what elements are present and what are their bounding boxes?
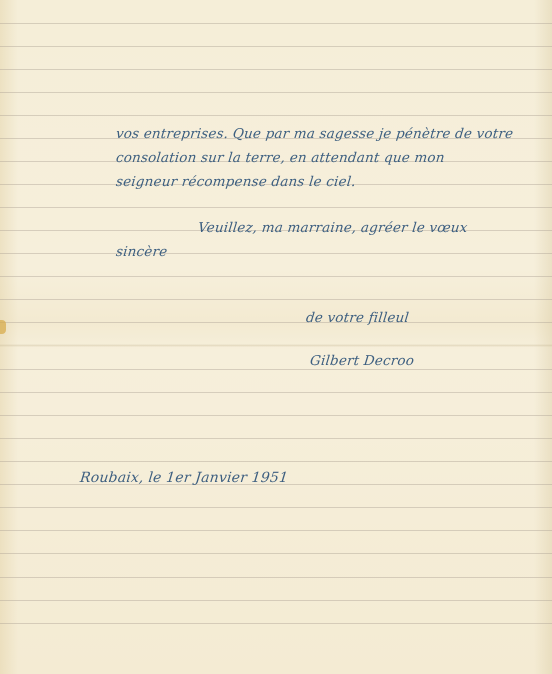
ruled-line xyxy=(0,46,552,47)
body-line: sincère xyxy=(115,244,168,260)
ruled-line xyxy=(0,461,552,462)
ruled-line xyxy=(0,600,552,601)
ruled-line xyxy=(0,322,552,323)
ruled-line xyxy=(0,507,552,508)
ruled-line xyxy=(0,392,552,393)
paper-stain xyxy=(0,320,6,334)
ruled-line xyxy=(0,623,552,624)
ruled-line xyxy=(0,530,552,531)
ruled-line xyxy=(0,369,552,370)
ruled-line xyxy=(0,207,552,208)
ruled-line xyxy=(0,299,552,300)
ruled-line xyxy=(0,415,552,416)
body-line: Veuillez, ma marraine, agréer le vœux xyxy=(197,220,468,236)
ruled-line xyxy=(0,253,552,254)
ruled-line xyxy=(0,276,552,277)
closing-phrase: de votre filleul xyxy=(305,310,410,326)
body-line: vos entreprises. Que par ma sagesse je p… xyxy=(115,126,514,142)
ruled-line xyxy=(0,553,552,554)
letter-page: vos entreprises. Que par ma sagesse je p… xyxy=(0,0,552,674)
ruled-line xyxy=(0,92,552,93)
ruled-line xyxy=(0,69,552,70)
body-line: seigneur récompense dans le ciel. xyxy=(115,174,356,190)
place-date-line: Roubaix, le 1er Janvier 1951 xyxy=(79,470,289,486)
body-line: consolation sur la terre, en attendant q… xyxy=(115,150,445,166)
ruled-line xyxy=(0,115,552,116)
ruled-line xyxy=(0,23,552,24)
paper-fold xyxy=(0,344,552,347)
ruled-line xyxy=(0,438,552,439)
signature: Gilbert Decroo xyxy=(309,353,415,369)
ruled-line xyxy=(0,577,552,578)
